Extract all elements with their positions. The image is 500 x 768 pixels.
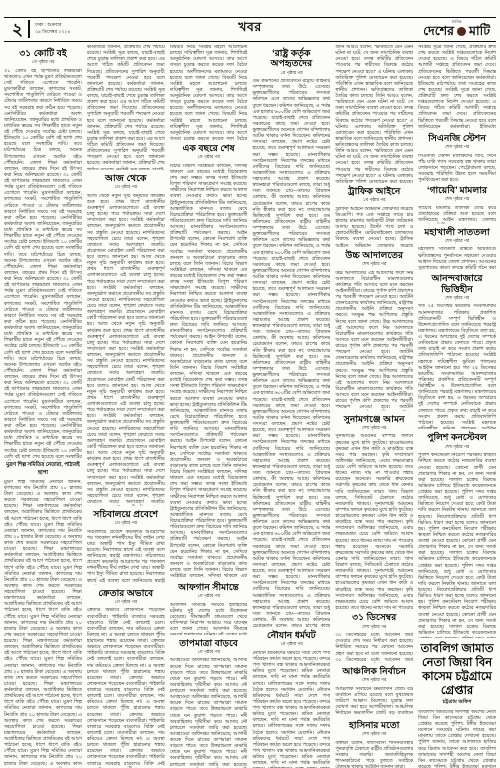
article-body-text: সুনামগঞ্জে আমনের বাম্পার ফলনে কৃষকের মুখ…	[335, 434, 413, 609]
article-body-text: উচ্চ আদালতের এই আদেশের ফলে নিম্ন আদালতে …	[335, 271, 413, 411]
article-headline: নৌযান ধর্মঘট	[252, 630, 330, 640]
article-body-text: কর্মকর্তারা জানান, প্রক্রিয়াটি শেষ পর্য…	[87, 45, 165, 170]
article-body-text: তাবলিগ জামাতের সাদপন্থী অংশের নেতা জিয়া…	[418, 710, 496, 768]
article-body-text: আঞ্চলিক নির্বাচনে ক্ষমতাসীন জোট বড় ব্যব…	[335, 687, 413, 717]
article-headline: মহাখালী সাততলা	[418, 227, 496, 237]
section-title: খবর	[4, 19, 496, 39]
article-headline: আনন্দবাজারে ভিত্তিহীন	[418, 273, 496, 294]
continued-from-note: শেষ পৃষ্ঠার পর	[335, 624, 413, 631]
column-4: ‘রাষ্ট্র কর্তৃক অপহৃতদের১ম পৃষ্ঠার পরগুম…	[252, 45, 330, 768]
article-headline: হাসিনার মতো	[335, 720, 413, 730]
column-2: কর্মকর্তারা জানান, প্রক্রিয়াটি শেষ পর্য…	[87, 45, 165, 768]
continued-from-note: ১ম পৃষ্ঠার পর	[87, 184, 165, 191]
continued-from-note: শেষ পৃষ্ঠার পর	[418, 444, 496, 451]
article-body-text: আবহাওয়া অধিদপ্তর জানিয়েছে, আগামী কয়েক…	[170, 658, 248, 768]
article-headline-large: তাবলিগ জামাত নেতা জিয়া বিন কাসেম চট্টগ্…	[418, 642, 496, 698]
column-6: সংশ্লিষ্ট সূত্রে জানা গেছে, প্রক্রিয়াটি…	[418, 45, 496, 768]
continued-from-note: শেষ পৃষ্ঠার পর	[335, 261, 413, 268]
column-3: বিষয়টি নিয়ে সংশ্লিষ্ট মহলে আলোচনা চলছে…	[170, 45, 248, 768]
article-headline: ৩১ ডিসেম্বর	[335, 612, 413, 622]
article-body-text: সচিবালয়ে প্রবেশে কড়াকড়ি আরোপের পর গতক…	[87, 530, 165, 585]
continued-from-note: ১ম পৃষ্ঠার পর	[252, 641, 330, 648]
continued-from-note: ১ম পৃষ্ঠার পর	[4, 59, 82, 66]
article-subhead: মুদ্রণ শিল্প সমিতির নেতারা, পাঠ্যবই ছাপা	[4, 462, 82, 478]
continued-from-note: ১ম পৃষ্ঠার পর	[170, 154, 248, 161]
continued-from-note: ১ম পৃষ্ঠার পর	[252, 70, 330, 77]
header-bottom-rule	[4, 41, 496, 42]
continued-from-note: ১ম পৃষ্ঠার পর	[87, 599, 165, 606]
article-body-text: সংশ্লিষ্ট সূত্রে জানা গেছে, প্রক্রিয়াটি…	[418, 45, 496, 130]
article-headline: ‘গায়েবি’ মামলার	[418, 185, 496, 195]
column-1: ৩১ কোটি বই১ম পৃষ্ঠার পর৩১ কোটি বই ছাপানো…	[4, 45, 82, 768]
article-body-text: ৩১ কোটি বই ছাপানোর লক্ষ্যমাত্রা থাকলেও এ…	[4, 69, 82, 461]
article-body-text: নৌযান শ্রমিকদের ধর্মঘটে সারা দেশে পণ্য প…	[252, 651, 330, 768]
article-headline: উচ্চ আদালতের	[335, 250, 413, 260]
continued-from-note: শেষ পৃষ্ঠার পর	[418, 144, 496, 151]
article-headline: ‘রাষ্ট্র কর্তৃক অপহৃতদের	[252, 48, 330, 69]
article-body-text: বিচার বিভাগ সংশ্লিষ্টরা বলছেন, সদিচ্ছা থ…	[170, 164, 248, 579]
article-body-text: গায়েবি মামলার তালিকা তৈরি করে প্রত্যাহা…	[418, 206, 496, 224]
article-body-text: সিএনজি স্টেশন মালিকদের দাবি, দিনে পাঁচ ঘ…	[418, 154, 496, 182]
article-headline: সুনামগঞ্জে আমন	[335, 414, 413, 424]
article-headline: ক্রেতার অভাবে	[87, 588, 165, 598]
article-headline: ট্রাফিক আইনে	[335, 186, 413, 196]
continued-from-note: ১ম পৃষ্ঠার পর	[335, 197, 413, 204]
article-columns: ৩১ কোটি বই১ম পৃষ্ঠার পর৩১ কোটি বই ছাপানো…	[4, 45, 496, 768]
article-headline: তাপমাত্রা বাড়বে	[170, 638, 248, 648]
article-headline: সিএনজি স্টেশন	[418, 133, 496, 143]
article-body-text: তিনি আরও বলেন, “ভবিষ্যতে যেন এমন ঘটনা না…	[335, 45, 413, 183]
article-headline: ৩১ কোটি বই	[4, 48, 82, 58]
article-body-text: আফগান সীমান্তে সংঘর্ষে হতাহতের ঘটনায় দু…	[170, 603, 248, 635]
continued-from-note: শেষ পৃষ্ঠার পর	[335, 731, 413, 738]
continued-from-note: ১ম পৃষ্ঠার পর	[170, 593, 248, 600]
article-headline: এক বছরে শেষ	[170, 143, 248, 153]
newspaper-page: ২ ঢাকা : শুক্রবার ২৯ ডিসেম্বর ২০২৪ খবর দ…	[0, 0, 500, 768]
article-body-text: আজ থেকে নতুন সূচি অনুযায়ী কার্যক্রম শুর…	[87, 194, 165, 506]
article-body-text: ট্রাফিক আইনে অভিযান জোরদার করেছে ডিএমপি।…	[335, 207, 413, 247]
continued-from-note: শেষ পৃষ্ঠার পর	[335, 677, 413, 684]
article-headline: আঞ্চলিক নির্বাচন	[335, 666, 413, 676]
article-body-text: পুলিশ কনস্টেবল নিয়োগ পরীক্ষায় স্বচ্ছতা…	[418, 453, 496, 638]
continued-from-note: শেষ পৃষ্ঠার পর	[418, 295, 496, 302]
page-header: ২ ঢাকা : শুক্রবার ২৯ ডিসেম্বর ২০২৪ খবর দ…	[4, 18, 496, 40]
article-headline: পুলিশ কনস্টেবল	[418, 432, 496, 442]
article-headline: আজ থেকে	[87, 173, 165, 183]
article-body-text: বিষয়টি নিয়ে সংশ্লিষ্ট মহলে আলোচনা চলছে…	[170, 45, 248, 140]
article-body-text: ক্রেতার অভাবে লোকসানে পড়েছেন ব্যবসায়ীর…	[87, 608, 165, 768]
column-5: তিনি আরও বলেন, “ভবিষ্যতে যেন এমন ঘটনা না…	[335, 45, 413, 768]
article-body-text: মুদ্রণ শিল্প সমিতির নেতারা জানান, কাগজের…	[4, 480, 82, 768]
article-body-text: ৩১ ডিসেম্বরের মধ্যে আবেদন জমা দেওয়ার শে…	[335, 633, 413, 663]
article-headline: আফগান সীমান্তে	[170, 582, 248, 592]
continued-from-note: শেষ পৃষ্ঠার পর	[335, 425, 413, 432]
article-body-text: গুম কমিশনের প্রতিবেদনে রাষ্ট্রীয় বাহিনী…	[252, 79, 330, 627]
continued-from-note: শেষ পৃষ্ঠার পর	[418, 238, 496, 245]
continued-from-note: ১ম পৃষ্ঠার পর	[87, 520, 165, 527]
article-body-text: গত ২৫ ডিসেম্বর ভারতীয় সংবাদমাধ্যম আনন্দ…	[418, 304, 496, 429]
byline: চট্টগ্রাম অফিস	[418, 699, 496, 707]
article-body-text: বক্তারা বলেন, ফ্যাসিবাদী শাসনব্যবস্থার প…	[335, 741, 413, 768]
continued-from-note: ১ম পৃষ্ঠার পর	[170, 649, 248, 656]
continued-from-note: শেষ পৃষ্ঠার পর	[418, 196, 496, 203]
article-headline: সচিবালয়ে প্রবেশে	[87, 509, 165, 519]
article-body-text: মহাখালী সাততলা বস্তিতে অগ্নিকাণ্ডে ক্ষতি…	[418, 247, 496, 270]
